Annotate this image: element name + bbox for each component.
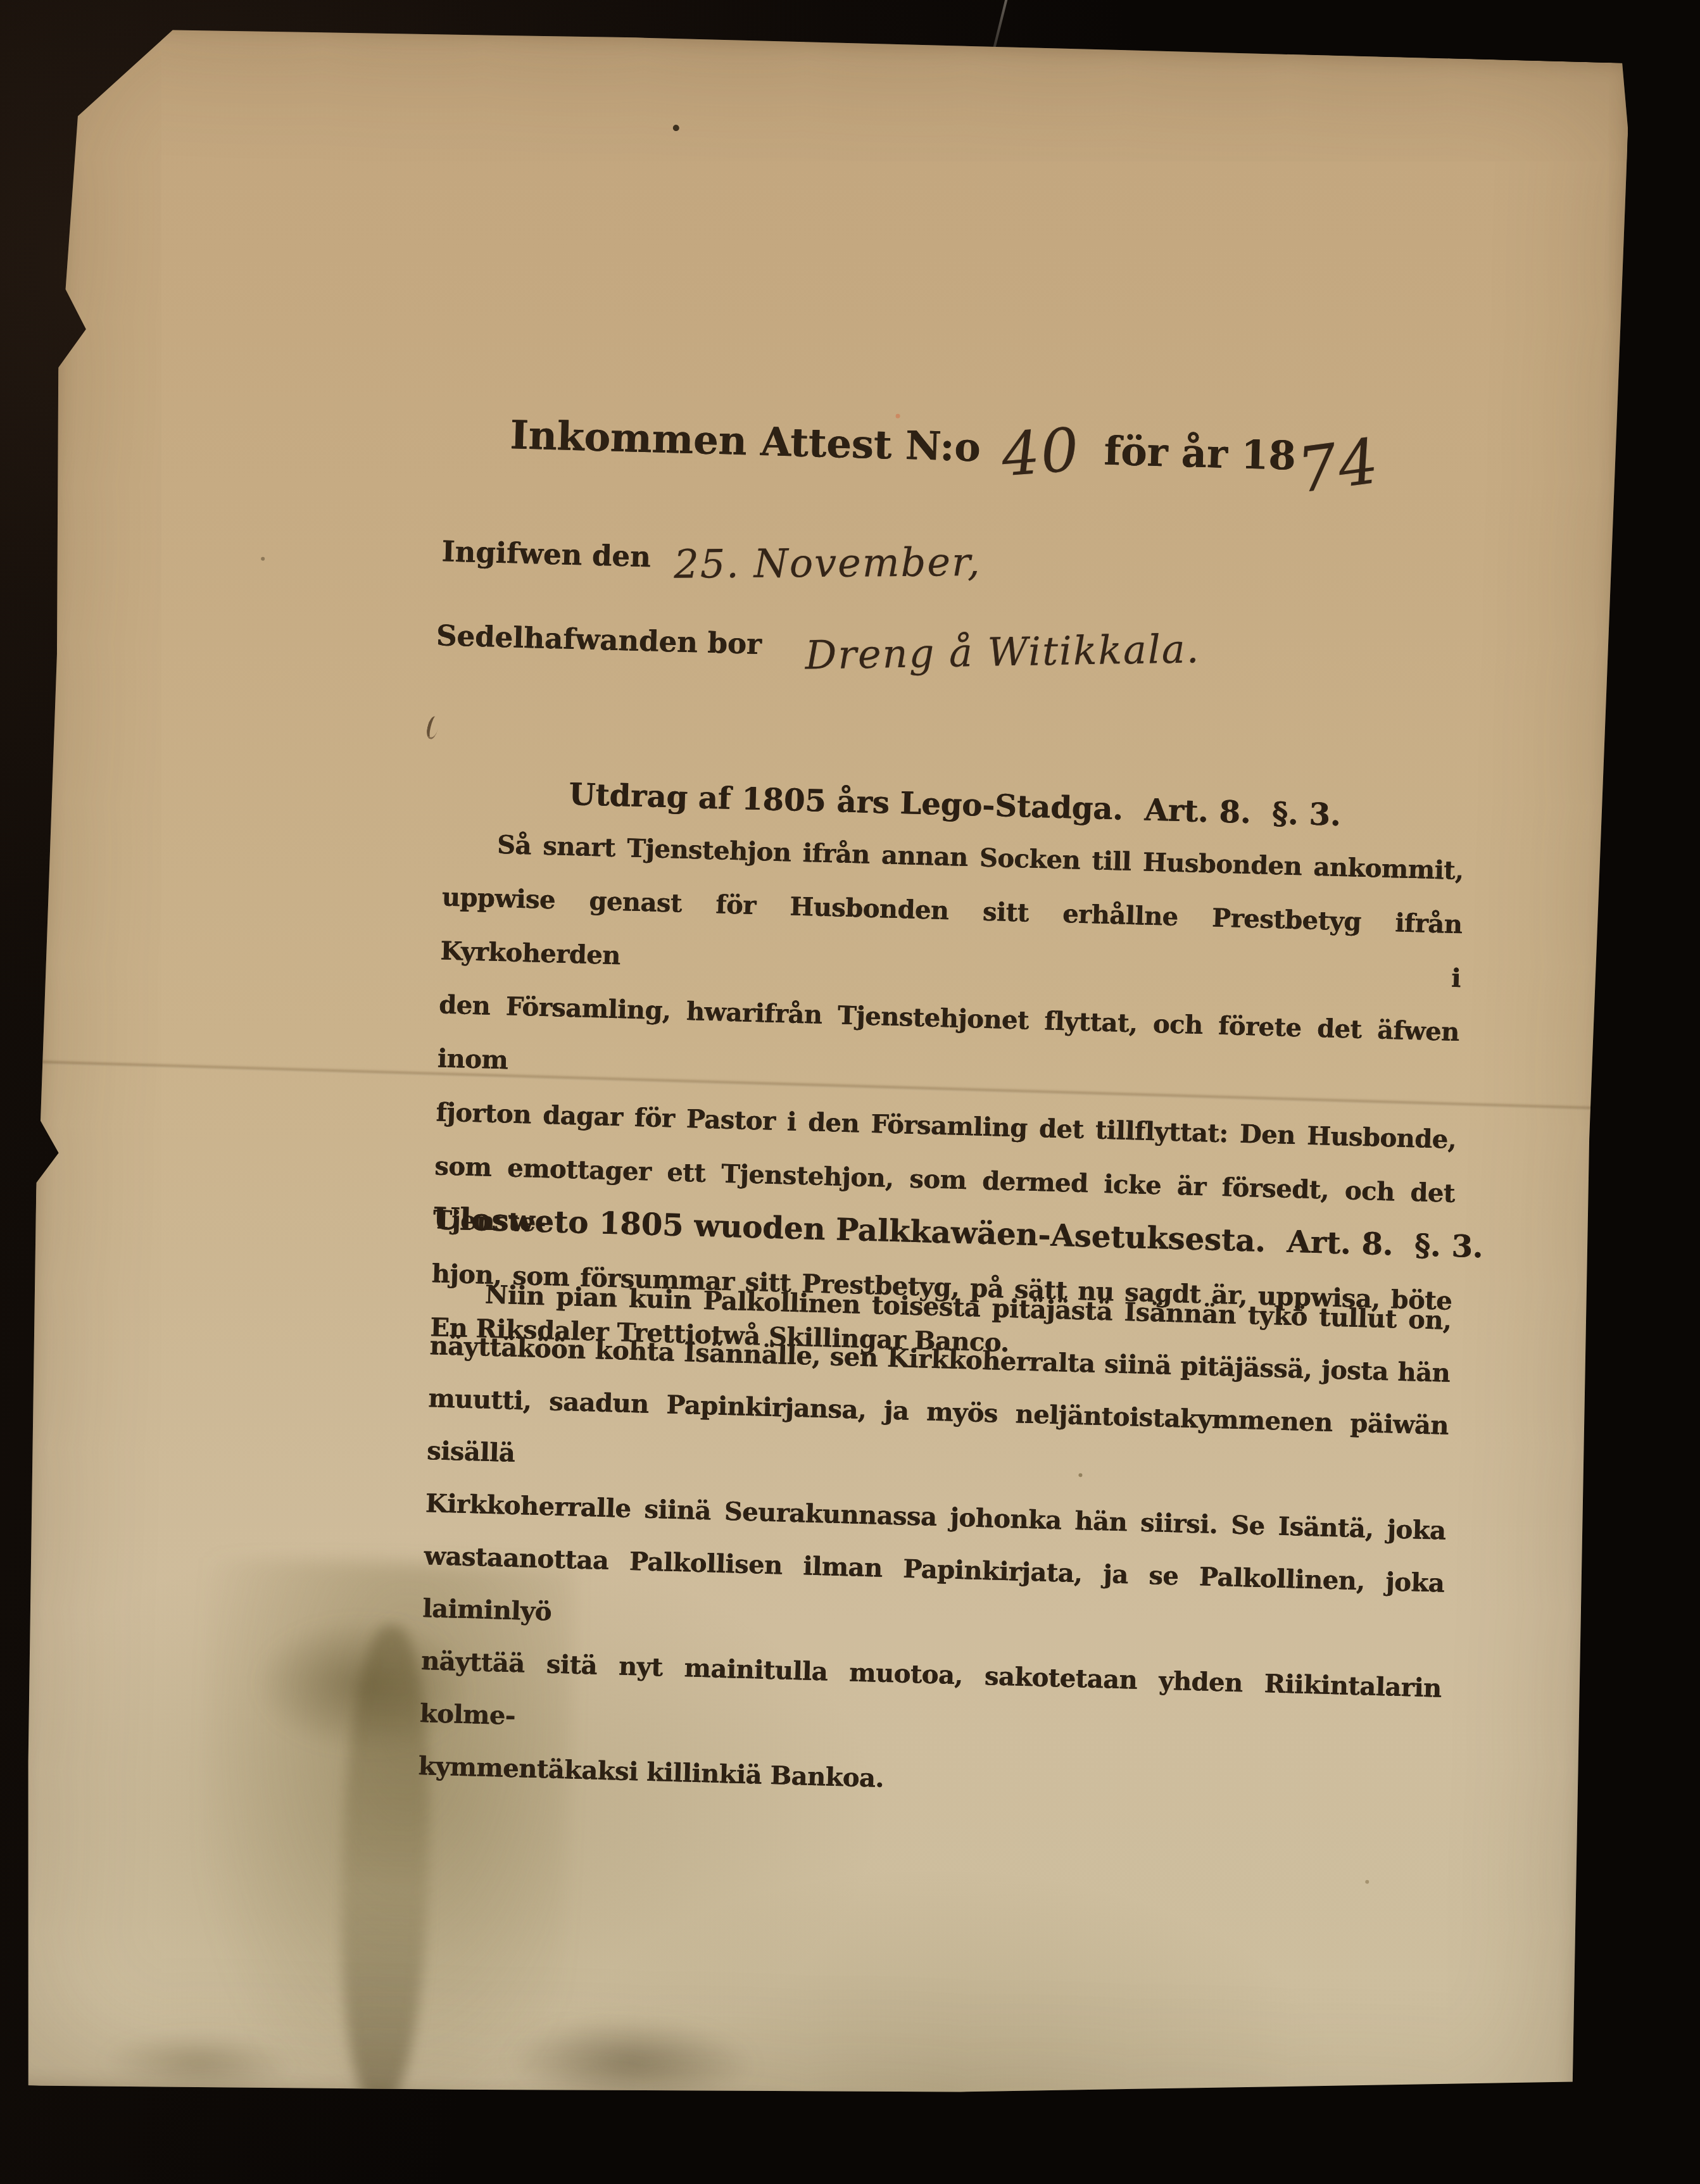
holder-residence-handwritten: Dreng å Witikkala. (805, 649, 1200, 655)
received-date-handwritten: 25. November, (674, 562, 981, 565)
holder-residence-line: Sedelhafwanden bor Dreng å Witikkala. (436, 618, 1200, 673)
paper-speck (261, 557, 265, 561)
document-title: Inkommen Attest N:o 40 för år 1874 (510, 411, 1381, 481)
finnish-section-body: Niin pian kuin Palkollinen toisesta pitä… (418, 1267, 1452, 1819)
document-paper: Inkommen Attest N:o 40 för år 1874 Ingif… (11, 21, 1630, 2128)
title-printed-middle: för år 18 (1104, 428, 1297, 479)
document-content: Inkommen Attest N:o 40 för år 1874 Ingif… (410, 32, 1486, 2123)
holder-label: Sedelhafwanden bor (436, 618, 762, 661)
year-handwritten: 74 (1299, 461, 1380, 472)
received-date-line: Ingifwen den 25. November, (441, 534, 981, 582)
attest-number-handwritten: 40 (1002, 450, 1080, 456)
stain (99, 2030, 297, 2098)
photo-background: Inkommen Attest N:o 40 för år 1874 Ingif… (0, 0, 1700, 2184)
title-printed-prefix: Inkommen Attest N:o (510, 411, 981, 470)
ink-smudge-mark (425, 715, 441, 741)
received-label: Ingifwen den (441, 534, 652, 574)
